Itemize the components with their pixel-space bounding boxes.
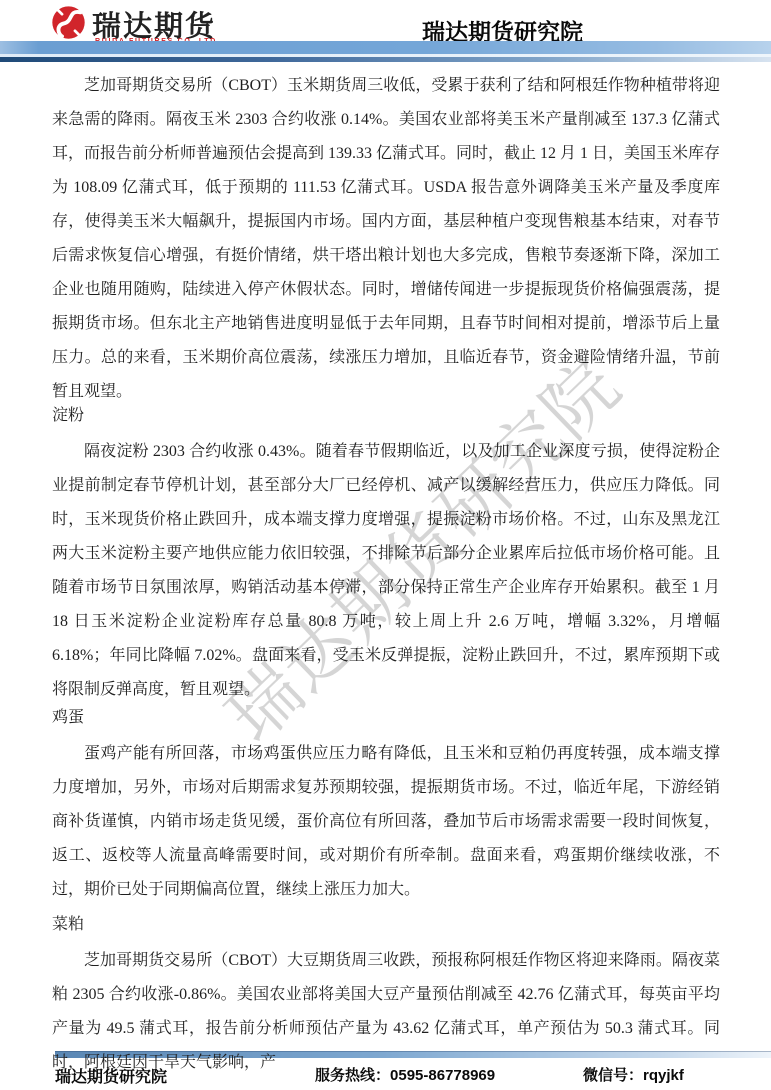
footer-hotline-number: 0595-86778969	[390, 1067, 495, 1084]
footer-wechat-label: 微信号：	[583, 1067, 643, 1084]
paragraph-rapeseed-meal: 芝加哥期货交易所（CBOT）大豆期货周三收跌，预报称阿根廷作物区将迎来降雨。隔夜…	[52, 944, 720, 1080]
footer-wechat: 微信号：rqyjkf	[583, 1064, 684, 1085]
report-page: 瑞达期货 RUIDA FUTURES CO.,LTD. 瑞达期货研究院 瑞达期货…	[0, 0, 771, 1090]
footer-hotline: 服务热线：0595-86778969	[315, 1064, 495, 1085]
footer-hotline-label: 服务热线：	[315, 1067, 390, 1084]
section-rapeseed-meal: 菜粕 芝加哥期货交易所（CBOT）大豆期货周三收跌，预报称阿根廷作物区将迎来降雨…	[52, 908, 720, 1080]
section-egg: 鸡蛋 蛋鸡产能有所回落，市场鸡蛋供应压力略有降低，且玉米和豆粕仍再度转强，成本端…	[52, 701, 720, 907]
paragraph-starch: 隔夜淀粉 2303 合约收涨 0.43%。随着春节假期临近，以及加工企业深度亏损…	[52, 435, 720, 707]
paragraph-corn: 芝加哥期货交易所（CBOT）玉米期货周三收低，受累于获利了结和阿根廷作物种植带将…	[52, 69, 720, 409]
footer-org-name: 瑞达期货研究院	[55, 1064, 167, 1087]
header-rule-bottom	[0, 57, 771, 62]
section-heading-rapeseed-meal: 菜粕	[52, 908, 720, 942]
section-corn: 芝加哥期货交易所（CBOT）玉米期货周三收低，受累于获利了结和阿根廷作物种植带将…	[52, 69, 720, 409]
ruida-logo-icon	[50, 4, 87, 41]
section-heading-starch: 淀粉	[52, 399, 720, 433]
header-rule-top	[0, 41, 771, 54]
paragraph-egg: 蛋鸡产能有所回落，市场鸡蛋供应压力略有降低，且玉米和豆粕仍再度转强，成本端支撑力…	[52, 737, 720, 907]
section-starch: 淀粉 隔夜淀粉 2303 合约收涨 0.43%。随着春节假期临近，以及加工企业深…	[52, 399, 720, 707]
footer-wechat-id: rqyjkf	[643, 1067, 684, 1084]
section-heading-egg: 鸡蛋	[52, 701, 720, 735]
